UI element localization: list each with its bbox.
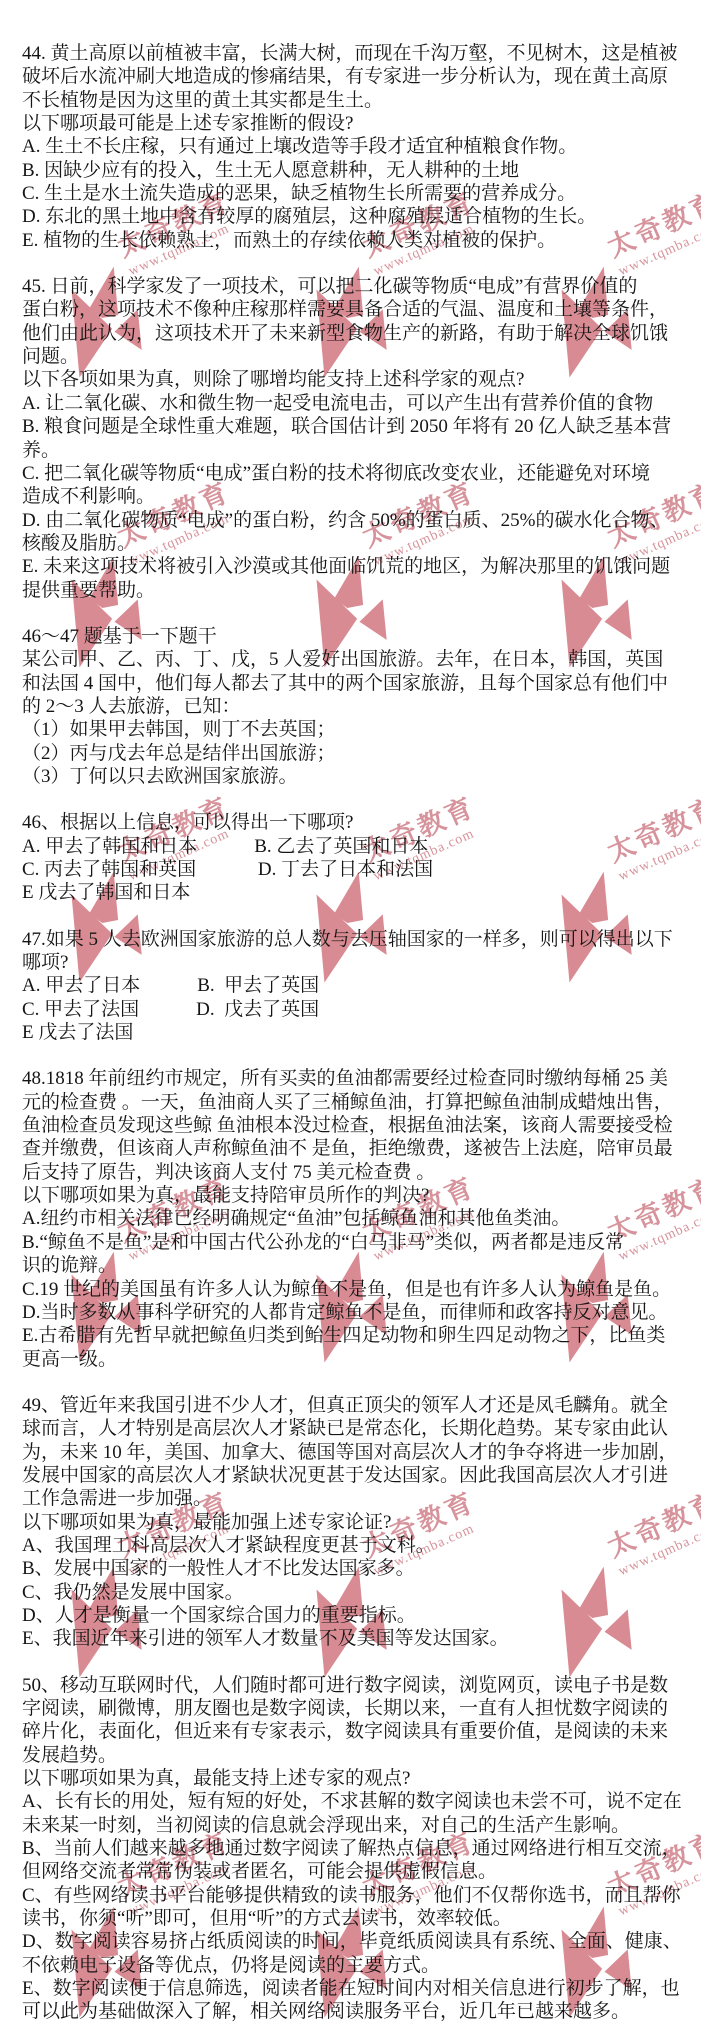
question-46: 46、根据以上信息，可以得出一下哪项?A. 甲去了韩国和日本 B. 乙去了英国和…	[22, 811, 691, 904]
text-line: 工作急需进一步加强。	[22, 1487, 691, 1510]
text-line: 球而言，人才特别是高层次人才紧缺已是常态化，长期化趋势。某专家由此认	[22, 1417, 691, 1440]
text-line: 元的检查费 。一天，鱼油商人买了三桶鲸鱼油，打算把鲸鱼油制成蜡烛出售，	[22, 1091, 691, 1114]
text-line: E. 植物的生长依赖熟土，而熟土的存续依赖人类对植被的保护。	[22, 229, 691, 252]
text-line: 蛋白粉，这项技术不像种庄稼那样需要具备合适的气温、温度和土壤等条件，	[22, 298, 691, 321]
exam-page: { "watermark": { "brand": "太奇教育", "url":…	[0, 0, 701, 2024]
text-line: A. 甲去了日本 B. 甲去了英国	[22, 974, 691, 997]
text-line: 未来某一时刻，当初阅读的信息就会浮现出来，对自己的生活产生影响。	[22, 1814, 691, 1837]
text-line: 以下哪项如果为真，最能支持上述专家的观点?	[22, 1767, 691, 1790]
text-line: B、当前人们越来越多地通过数字阅读了解热点信息，通过网络进行相互交流，	[22, 1837, 691, 1860]
text-line: C、有些网络读书平台能够提供精致的读书服务，他们不仅帮你选书，而且帮你	[22, 1884, 691, 1907]
text-line: 可以此为基础做深入了解，相关网络阅读服务平台，近几年已越来越多。	[22, 2000, 691, 2023]
text-line: A、我国理工科高层次人才紧缺程度更甚于文科。	[22, 1534, 691, 1557]
question-48: 48.1818 年前纽约市规定，所有买卖的鱼油都需要经过检查同时缴纳每桶 25 …	[22, 1067, 691, 1370]
text-line: 为，未来 10 年，美国、加拿大、德国等国对高层次人才的争夺将进一步加剧，	[22, 1441, 691, 1464]
text-line: C、我仍然是发展中国家。	[22, 1581, 691, 1604]
text-line: 44. 黄土高原以前植被丰富，长满大树，而现在千沟万壑，不见树木，这是植被	[22, 42, 691, 65]
text-line: 49、管近年来我国引进不少人才，但真正顶尖的领军人才还是凤毛麟角。就全	[22, 1394, 691, 1417]
text-line: D. 由二氧化碳物质“电成”的蛋白粉，约含 50%的蛋白质、25%的碳水化合物、	[22, 509, 691, 532]
text-line: 50、移动互联网时代，人们随时都可进行数字阅读，浏览网页，读电子书是数	[22, 1674, 691, 1697]
text-line: B.“鲸鱼不是鱼”是和中国古代公孙龙的“白马非马”类似，两者都是违反常	[22, 1231, 691, 1254]
text-line: 碎片化，表面化，但近来有专家表示，数字阅读具有重要价值，是阅读的未来	[22, 1720, 691, 1743]
text-line: 哪项?	[22, 951, 691, 974]
text-line: B. 因缺少应有的投入，生土无人愿意耕种，无人耕种的土地	[22, 159, 691, 182]
question-44: 44. 黄土高原以前植被丰富，长满大树，而现在千沟万壑，不见树木，这是植被破坏后…	[22, 42, 691, 252]
text-line: A、长有长的用处，短有短的好处，不求甚解的数字阅读也未尝不可，说不定在	[22, 1790, 691, 1813]
text-line: E、我国近年来引进的领军人才数量不及美国等发达国家。	[22, 1627, 691, 1650]
text-line: 46～47 题基于一下题干	[22, 625, 691, 648]
text-line: C. 把二氧化碳等物质“电成”蛋白粉的技术将彻底改变农业，还能避免对环境	[22, 462, 691, 485]
text-line: 发展中国家的高层次人才紧缺状况更甚于发达国家。因此我国高层次人才引进	[22, 1464, 691, 1487]
text-line: A. 甲去了韩国和日本 B. 乙去了英国和日本	[22, 835, 691, 858]
text-line: 以下哪项如果为真，最能支持陪审员所作的判决?	[22, 1184, 691, 1207]
text-line: E.古希腊有先哲早就把鲸鱼归类到鲐生四足动物和卵生四足动物之下，比鱼类	[22, 1324, 691, 1347]
text-line: 不依赖电子设备等优点，仍将是阅读的主要方式。	[22, 1954, 691, 1977]
text-line: 以下各项如果为真，则除了哪增均能支持上述科学家的观点?	[22, 368, 691, 391]
text-line: 查并缴费，但该商人声称鲸鱼油不 是鱼，拒绝缴费，遂被告上法庭，陪审员最	[22, 1137, 691, 1160]
text-line: 核酸及脂肪。	[22, 532, 691, 555]
text-line: 某公司甲、乙、丙、丁、戊，5 人爱好出国旅游。去年，在日本，韩国，英国	[22, 648, 691, 671]
text-line: 识的诡辩。	[22, 1254, 691, 1277]
text-line: C. 丙去了韩国和英国 D. 丁去了日本和法国	[22, 858, 691, 881]
text-line: 和法国 4 国中，他们每人都去了其中的两个国家旅游，且每个国家总有他们中	[22, 672, 691, 695]
text-line: C. 生土是水土流失造成的恶果，缺乏植物生长所需要的营养成分。	[22, 182, 691, 205]
stem-46-47: 46～47 题基于一下题干某公司甲、乙、丙、丁、戊，5 人爱好出国旅游。去年，在…	[22, 625, 691, 788]
text-line: 以下哪项最可能是上述专家推断的假设?	[22, 112, 691, 135]
text-line: E. 未来这项技术将被引入沙漠或其他面临饥荒的地区，为解决那里的饥饿问题	[22, 555, 691, 578]
document-content: 44. 黄土高原以前植被丰富，长满大树，而现在千沟万壑，不见树木，这是植被破坏后…	[0, 0, 701, 2024]
text-line: C. 甲去了法国 D. 戊去了英国	[22, 998, 691, 1021]
text-line: 鱼油检查员发现这些鲸 鱼油根本没过检查，根据鱼油法案，该商人需要接受检	[22, 1114, 691, 1137]
text-line: 47.如果 5 人去欧洲国家旅游的总人数与去压轴国家的一样多，则可以得出以下	[22, 928, 691, 951]
text-line: 读书，你须“听”即可，但用“听”的方式去读书，效率较低。	[22, 1907, 691, 1930]
text-line: D、人才是衡量一个国家综合国力的重要指标。	[22, 1604, 691, 1627]
question-45: 45. 日前，科学家发了一项技术，可以把二化碳等物质“电成”有营界价值的蛋白粉，…	[22, 275, 691, 602]
text-line: 的 2～3 人去旅游，已知：	[22, 695, 691, 718]
text-line: D、数字阅读容易挤占纸质阅读的时间，毕竟纸质阅读具有系统、全面、健康、	[22, 1930, 691, 1953]
text-line: 字阅读，刷微博，朋友圈也是数字阅读，长期以来，一直有人担忧数字阅读的	[22, 1697, 691, 1720]
text-line: D. 东北的黑土地中含有较厚的腐殖层，这种腐殖层适合植物的生长。	[22, 205, 691, 228]
text-line: B. 粮食问题是全球性重大难题，联合国估计到 2050 年将有 20 亿人缺乏基…	[22, 415, 691, 438]
text-line: 发展趋势。	[22, 1744, 691, 1767]
text-line: 养。	[22, 439, 691, 462]
text-line: B、发展中国家的一般性人才不比发达国家多。	[22, 1557, 691, 1580]
text-line: E 戊去了韩国和日本	[22, 881, 691, 904]
text-line: A. 让二氧化碳、水和微生物一起受电流电击，可以产生出有营养价值的食物	[22, 392, 691, 415]
text-line: 更高一级。	[22, 1348, 691, 1371]
question-47: 47.如果 5 人去欧洲国家旅游的总人数与去压轴国家的一样多，则可以得出以下哪项…	[22, 928, 691, 1045]
text-line: （2）丙与戊去年总是结伴出国旅游；	[22, 742, 691, 765]
text-line: 他们由此认为，这项技术开了未来新型食物生产的新路，有助于解决全球饥饿	[22, 322, 691, 345]
text-line: 问题。	[22, 345, 691, 368]
text-line: A.纽约市相关法律已经明确规定“鱼油”包括鲸鱼油和其他鱼类油。	[22, 1207, 691, 1230]
text-line: 造成不利影响。	[22, 485, 691, 508]
text-line: 后支持了原告，判决该商人支付 75 美元检查费 。	[22, 1161, 691, 1184]
text-line: 48.1818 年前纽约市规定，所有买卖的鱼油都需要经过检查同时缴纳每桶 25 …	[22, 1067, 691, 1090]
text-line: D.当时多数从事科学研究的人都肯定鲸鱼不是鱼，而律师和政客持反对意见。	[22, 1301, 691, 1324]
text-line: 但网络交流者常常伪装或者匿名，可能会提供虚假信息。	[22, 1860, 691, 1883]
text-line: （1）如果甲去韩国，则丁不去英国；	[22, 718, 691, 741]
text-line: 45. 日前，科学家发了一项技术，可以把二化碳等物质“电成”有营界价值的	[22, 275, 691, 298]
text-line: E、数字阅读便于信息筛选，阅读者能在短时间内对相关信息进行初步了解，也	[22, 1977, 691, 2000]
text-line: （3）丁何以只去欧洲国家旅游。	[22, 765, 691, 788]
text-line: A. 生土不长庄稼，只有通过上壤改造等手段才适宜种植粮食作物。	[22, 135, 691, 158]
question-50: 50、移动互联网时代，人们随时都可进行数字阅读，浏览网页，读电子书是数字阅读，刷…	[22, 1674, 691, 2024]
text-line: 以下哪项如果为真，最能加强上述专家论证?	[22, 1511, 691, 1534]
text-line: 46、根据以上信息，可以得出一下哪项?	[22, 811, 691, 834]
text-line: 提供重要帮助。	[22, 579, 691, 602]
text-line: 破坏后水流冲刷大地造成的惨痛结果，有专家进一步分析认为，现在黄土高原	[22, 65, 691, 88]
text-line: 不长植物是因为这里的黄土其实都是生土。	[22, 89, 691, 112]
text-line: C.19 世纪的美国虽有许多人认为鲸鱼不是鱼，但是也有许多人认为鲸鱼是鱼。	[22, 1278, 691, 1301]
text-line: E 戊去了法国	[22, 1021, 691, 1044]
question-49: 49、管近年来我国引进不少人才，但真正顶尖的领军人才还是凤毛麟角。就全球而言，人…	[22, 1394, 691, 1651]
